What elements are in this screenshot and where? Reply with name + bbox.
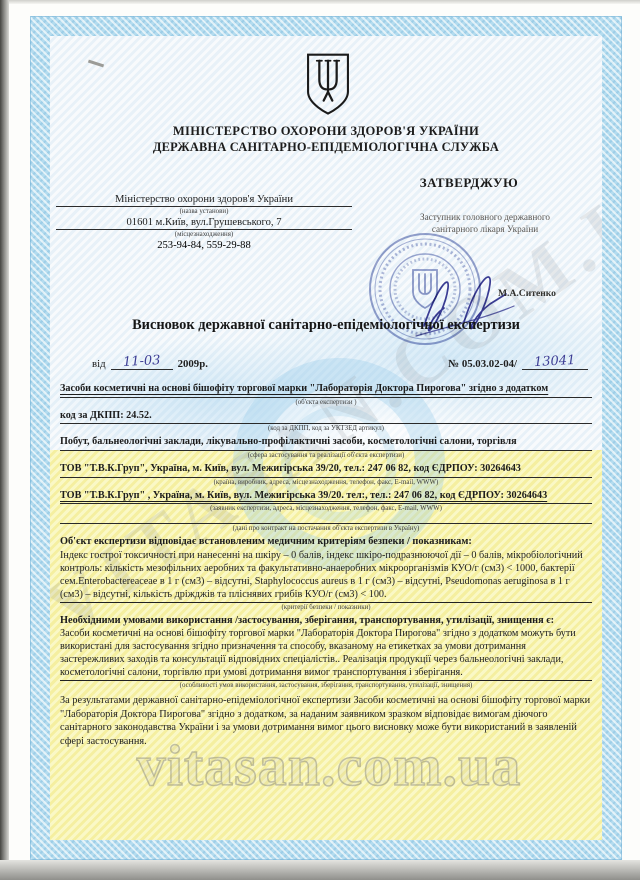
caption-manufacturer: (країна, виробник, адреса, місцезнаходже… [60,479,592,486]
handwritten-date: 11-03 [122,353,160,370]
form-fields: Засоби косметичні на основі бішофіту тор… [60,382,592,748]
criteria-separator [60,602,592,603]
institution-name-caption: (назва установи) [56,208,352,215]
field-expertise-object: Засоби косметичні на основі бішофіту тор… [60,382,592,398]
ministry-name: МІНІСТЕРСТВО ОХОРОНИ ЗДОРОВ'Я УКРАЇНИ [50,124,602,139]
approve-label: ЗАТВЕРДЖУЮ [350,175,588,191]
field-dkpp-code: код за ДКПП: 24.52. [60,409,592,425]
caption-application-sphere: (сфера застосування та реалізації об'єкт… [60,452,592,459]
number-group: № 05.03.02-04/ 13041 [448,354,588,370]
institution-address: 01601 м.Київ, вул.Грушевського, 7 [56,217,352,230]
caption-dkpp-code: (код за ДКПП, код за УКТЗЕД артикул) [60,425,592,432]
signer-name: М.А.Ситенко [498,288,556,299]
document-title: Висновок державної санітарно-епідеміолог… [50,317,602,334]
field-manufacturer: ТОВ "Т.В.К.Груп", Україна, м. Київ, вул.… [60,462,592,478]
institution-address-caption: (місцезнаходження) [56,231,352,238]
certificate-body: VITASAN.COM.UA vitasan.com.ua МІНІСТЕРСТ… [50,36,602,840]
guilloche-border-frame: VITASAN.COM.UA vitasan.com.ua МІНІСТЕРСТ… [30,16,622,860]
conclusion-paragraph: За результатами державної санітарно-епід… [60,694,592,748]
conditions-body: Засоби косметичні на основі бішофіту тор… [60,627,592,679]
date-prefix: від [92,358,106,370]
field-contract-empty [60,515,592,524]
conditions-separator [60,680,592,681]
scanned-page: VITASAN.COM.UA vitasan.com.ua МІНІСТЕРСТ… [0,0,640,880]
caption-conditions: (особливості умов використання, застосув… [60,682,592,689]
number-prefix: № 05.03.02-04/ [448,358,517,370]
handwritten-number: 13041 [534,353,576,370]
caption-criteria: (критерії безпеки / показники) [60,604,592,611]
conditions-heading: Необхідними умовами використання /застос… [60,614,592,627]
trident-coat-of-arms-icon [302,52,354,118]
date-year: 2009р. [178,358,208,370]
criteria-body: Індекс гострої токсичності при нанесенні… [60,549,592,601]
number-field: 13041 [522,354,588,370]
caption-applicant: (заявник експертизи, адреса, місцезнаход… [60,505,592,512]
scan-edge-bottom [0,860,640,880]
date-field: 11-03 [111,354,173,370]
signature [402,256,552,348]
date-number-row: від 11-03 2009р. № 05.03.02-04/ 13041 [92,354,588,370]
date-group: від 11-03 2009р. [92,354,208,370]
caption-expertise-object: (об'єкта експертизи ) [60,399,592,406]
service-name: ДЕРЖАВНА САНІТАРНО-ЕПІДЕМІОЛОГІЧНА СЛУЖБ… [50,140,602,155]
scan-edge-left [0,0,9,880]
criteria-heading: Об'єкт експертизи відповідає встановлени… [60,535,592,548]
institution-name: Міністерство охорони здоров'я України [56,194,352,207]
field-applicant: ТОВ "Т.В.К.Груп" , Україна, м. Київ, вул… [60,489,592,505]
scan-edge-top [9,0,640,4]
institution-block: Міністерство охорони здоров'я України (н… [56,194,352,251]
caption-contract: (дані про контракт на постачання об'єкта… [60,525,592,532]
approver-title-line1: Заступник головного державного [366,212,602,224]
field-application-sphere: Побут, бальнеологічні заклади, лікувальн… [60,435,592,451]
institution-phones: 253-94-84, 559-29-88 [56,240,352,251]
